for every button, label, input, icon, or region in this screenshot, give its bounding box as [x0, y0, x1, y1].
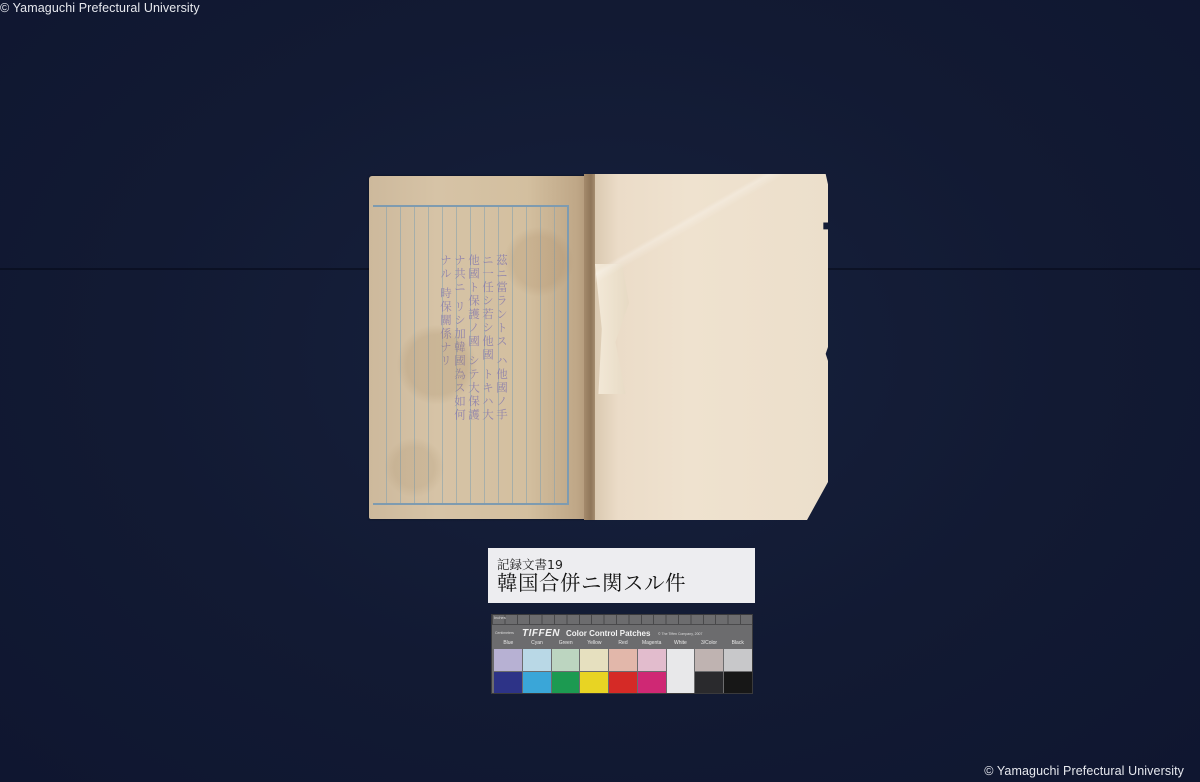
copyright-credit-top: © Yamaguchi Prefectural University — [0, 1, 200, 15]
color-patch-black-light — [724, 649, 752, 671]
color-patch-yellow-light — [580, 649, 608, 671]
handwriting-column: 茲ニ當ラントス — [495, 254, 509, 349]
ruler-label: Inches — [494, 615, 506, 620]
color-patch-green-dark — [552, 672, 580, 694]
color-patch-yellow-dark — [580, 672, 608, 694]
tiffen-logo: TIFFEN — [522, 628, 560, 639]
color-patch-cyan-light — [523, 649, 551, 671]
color-patch-red-light — [609, 649, 637, 671]
color-patch-black-dark — [724, 672, 752, 694]
copyright-credit-bottom: © Yamaguchi Prefectural University — [984, 764, 1184, 778]
color-patch-3color-dark — [695, 672, 723, 694]
handwriting-column: 時保關係ナリ — [439, 287, 453, 368]
document-label-card: 記録文書19 韓国合併ニ関スル件 — [488, 548, 755, 603]
document-title: 韓国合併ニ関スル件 — [497, 571, 755, 595]
collection-id: 記録文書19 — [497, 558, 755, 571]
right-page-blank — [595, 174, 828, 520]
patch-name: Cyan — [523, 640, 552, 648]
color-patch-blue-light — [494, 649, 522, 671]
patch-name: Black — [723, 640, 752, 648]
color-patch-blue-dark — [494, 672, 522, 694]
patch-name: 3/Color — [695, 640, 724, 648]
patch-name: Yellow — [580, 640, 609, 648]
color-patch-green-light — [552, 649, 580, 671]
chart-header: Centimeters TIFFEN Color Control Patches… — [492, 626, 752, 640]
patch-name: White — [666, 640, 695, 648]
chart-copyright: © The Tiffen Company, 2007 — [658, 632, 702, 636]
archival-book: 茲ニ當ラントス ハ他國ノ手ニ一任シ若シ他國 トキハ大他國ト保護ノ國 シテ大保護ナ… — [369, 174, 829, 520]
ruler-scale: Inches — [492, 615, 752, 625]
color-control-chart: Inches Centimeters TIFFEN Color Control … — [491, 614, 753, 694]
patch-name: Magenta — [637, 640, 666, 648]
color-patch-magenta-light — [638, 649, 666, 671]
color-patch-cyan-dark — [523, 672, 551, 694]
combination-label: Centimeters — [495, 631, 514, 635]
patch-names-row: Blue Cyan Green Yellow Red Magenta White… — [494, 640, 752, 648]
handwritten-text: 茲ニ當ラントス ハ他國ノ手ニ一任シ若シ他國 トキハ大他國ト保護ノ國 シテ大保護ナ… — [429, 254, 509, 434]
patch-name: Blue — [494, 640, 523, 648]
patch-name: Red — [609, 640, 638, 648]
patch-name: Green — [551, 640, 580, 648]
color-patch-red-dark — [609, 672, 637, 694]
color-patch-grid — [494, 649, 752, 693]
color-patch-white — [667, 649, 695, 693]
color-patch-3color-light — [695, 649, 723, 671]
chart-title: Color Control Patches — [566, 629, 650, 638]
left-page: 茲ニ當ラントス ハ他國ノ手ニ一任シ若シ他國 トキハ大他國ト保護ノ國 シテ大保護ナ… — [369, 176, 595, 519]
color-patch-magenta-dark — [638, 672, 666, 694]
